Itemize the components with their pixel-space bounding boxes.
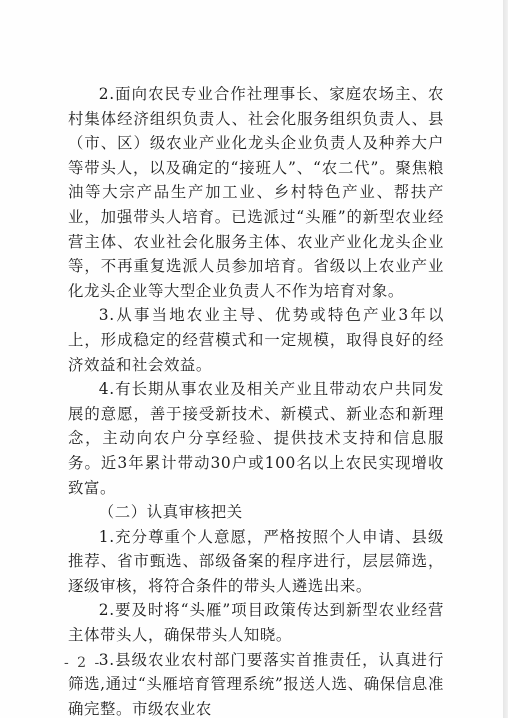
paragraph-item-2-target-groups: 2.面向农民专业合作社理事长、家庭农场主、农村集体经济组织负责人、社会化服务组织… <box>68 82 444 303</box>
paragraph-item-4-leadership-willingness: 4.有长期从事农业及相关产业且带动农户共同发展的意愿，善于接受新技术、新模式、新… <box>68 377 444 500</box>
paragraph-review-item-3: 3.县级农业农村部门要落实首推责任，认真进行筛选,通过“头雁培育管理系统”报送人… <box>68 648 444 718</box>
paragraph-review-item-1: 1.充分尊重个人意愿，严格按照个人申请、县级推荐、省市甄选、部级备案的程序进行，… <box>68 525 444 599</box>
page-edge-shadow <box>503 0 508 718</box>
section-heading-review: （二）认真审核把关 <box>68 500 444 525</box>
document-body: 2.面向农民专业合作社理事长、家庭农场主、农村集体经济组织负责人、社会化服务组织… <box>68 82 444 718</box>
page-number: - 2 - <box>64 655 101 671</box>
paragraph-review-item-2: 2.要及时将“头雁”项目政策传达到新型农业经营主体带头人，确保带头人知晓。 <box>68 598 444 647</box>
paragraph-item-3-industry-experience: 3.从事当地农业主导、优势或特色产业3年以上，形成稳定的经营模式和一定规模，取得… <box>68 303 444 377</box>
document-page: 2.面向农民专业合作社理事长、家庭农场主、农村集体经济组织负责人、社会化服务组织… <box>0 0 503 718</box>
